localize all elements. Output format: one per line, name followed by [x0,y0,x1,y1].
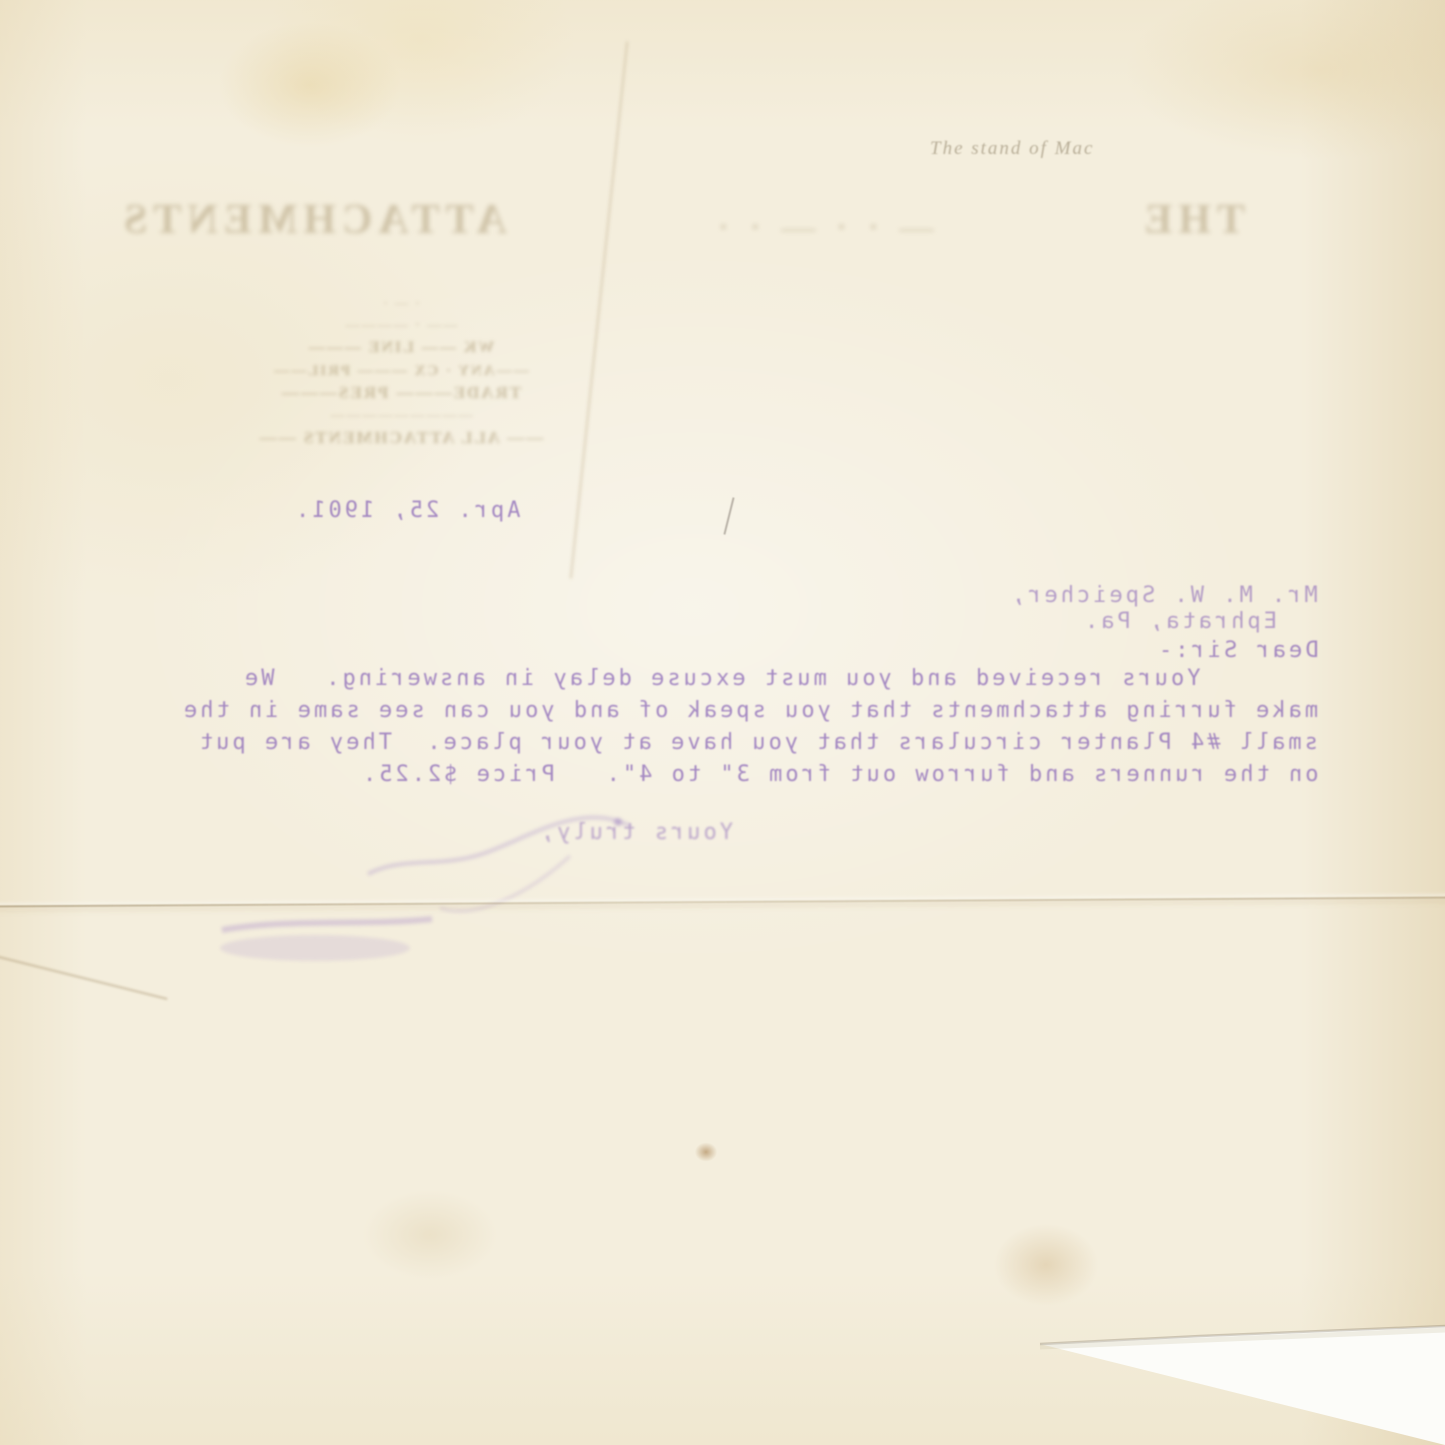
paper-bottom-edge [0,0,1445,1445]
scanned-letter-verso: The stand of Mac THE — · · — · · ATTACHM… [0,0,1445,1445]
